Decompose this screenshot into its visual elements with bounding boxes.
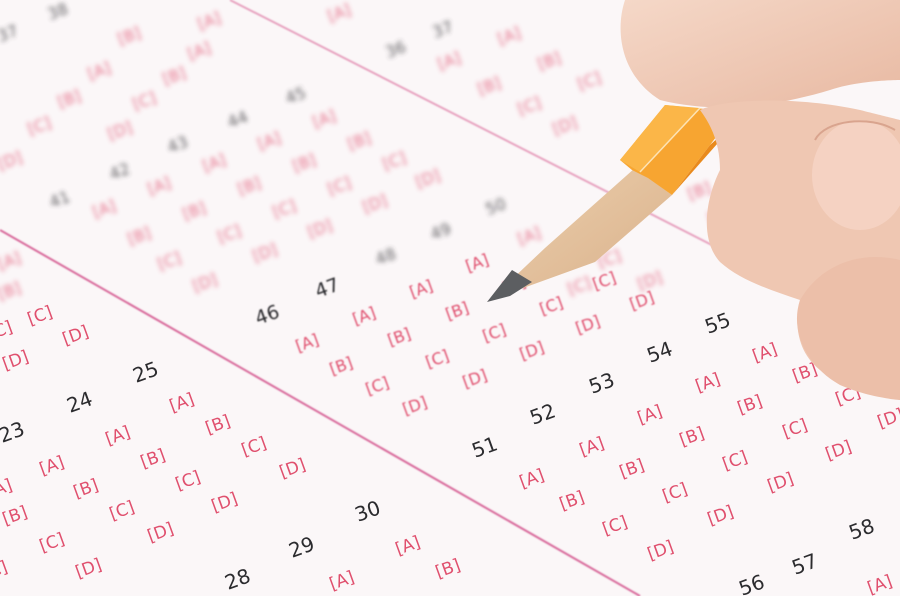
answer-sheet-illustration: [A] [B] [C] [D] [A] [B] [C] [D] [A] [B] …: [0, 0, 900, 596]
photo-scene: [A] [B] [C] [D] [A] [B] [C] [D] [A] [B] …: [0, 0, 900, 596]
